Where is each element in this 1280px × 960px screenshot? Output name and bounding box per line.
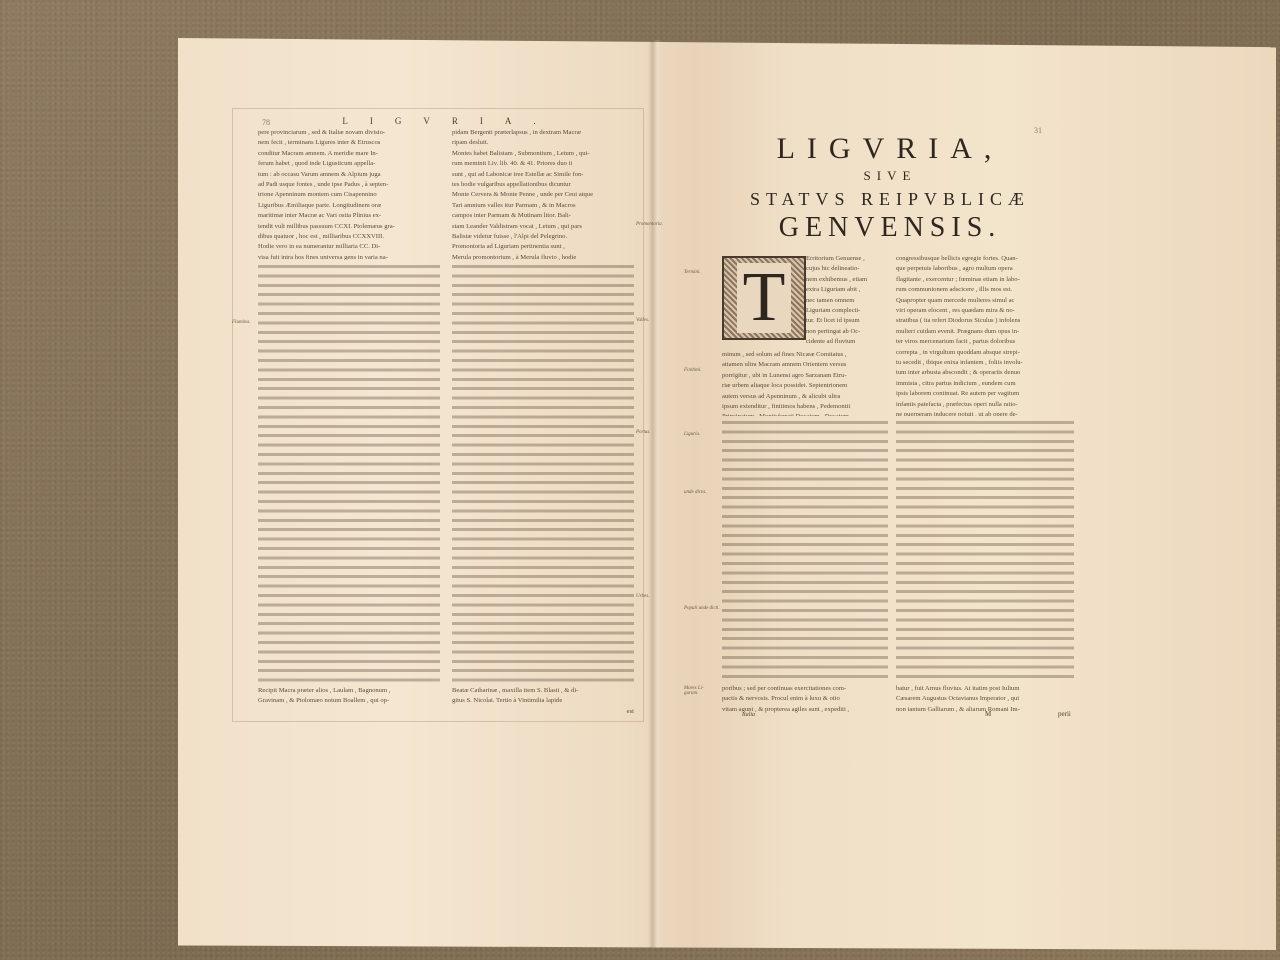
right-margin-note: Populi unde dicti. [684,606,720,611]
signature-mark: M [985,710,991,718]
left-page-number: 78 [262,118,270,127]
left-col1-body [258,262,440,682]
right-col2-top: congressibusque bellicis egregie fortes.… [896,254,1074,416]
right-margin-note: Mores Li-gurum. [684,686,714,696]
decorated-initial: T [722,256,806,340]
left-col2-top: pidam Bergenti præterlapsus , in dextram… [452,128,634,260]
right-col1-top-narrow: Erritorium Genuense , cujus hic delineat… [806,254,888,350]
right-col1-top-wide: minum , sed solum ad fines Nicææ Comitat… [722,350,888,416]
page-title: LIGVRIA, SIVE STATVS REIPVBLICÆ GENVENSI… [700,132,1080,244]
left-col2-body [452,262,634,682]
right-col1-bottom: poribus ; sed per continuas exercitation… [722,684,888,714]
center-fold [648,40,662,948]
right-col2-body [896,418,1074,684]
left-margin-note: Promontoria. [636,222,663,227]
left-margin-note: Valles. [636,318,649,323]
catchword-left: Italia [742,712,755,718]
right-margin-note: Liguria. [684,432,700,437]
left-col1-top: pere provinciarum , sed & Italiæ novam d… [258,128,440,260]
right-col1-body [722,418,888,684]
title-line-4: GENVENSIS. [700,212,1080,244]
left-col1-bottom: Recipit Macra præter alios , Laulam , Ba… [258,686,440,708]
catchword-right: perii [1058,710,1071,718]
title-line-3: STATVS REIPVBLICÆ [700,186,1080,212]
left-margin-note: Urbes. [636,594,649,599]
right-margin-note: Finitimi. [684,368,701,373]
title-line-1: LIGVRIA, [700,132,1080,166]
left-col2-bottom: Beatæ Catharinæ , maxilla item S. Blasii… [452,686,634,716]
left-running-head: LIGVRIA. [300,116,600,126]
right-margin-note: unde dicta. [684,490,706,495]
title-line-2: SIVE [700,166,1080,186]
left-margin-note: Portus. [636,430,651,435]
left-margin-note: Flumina. [232,320,250,325]
right-margin-note: Termini. [684,270,701,275]
